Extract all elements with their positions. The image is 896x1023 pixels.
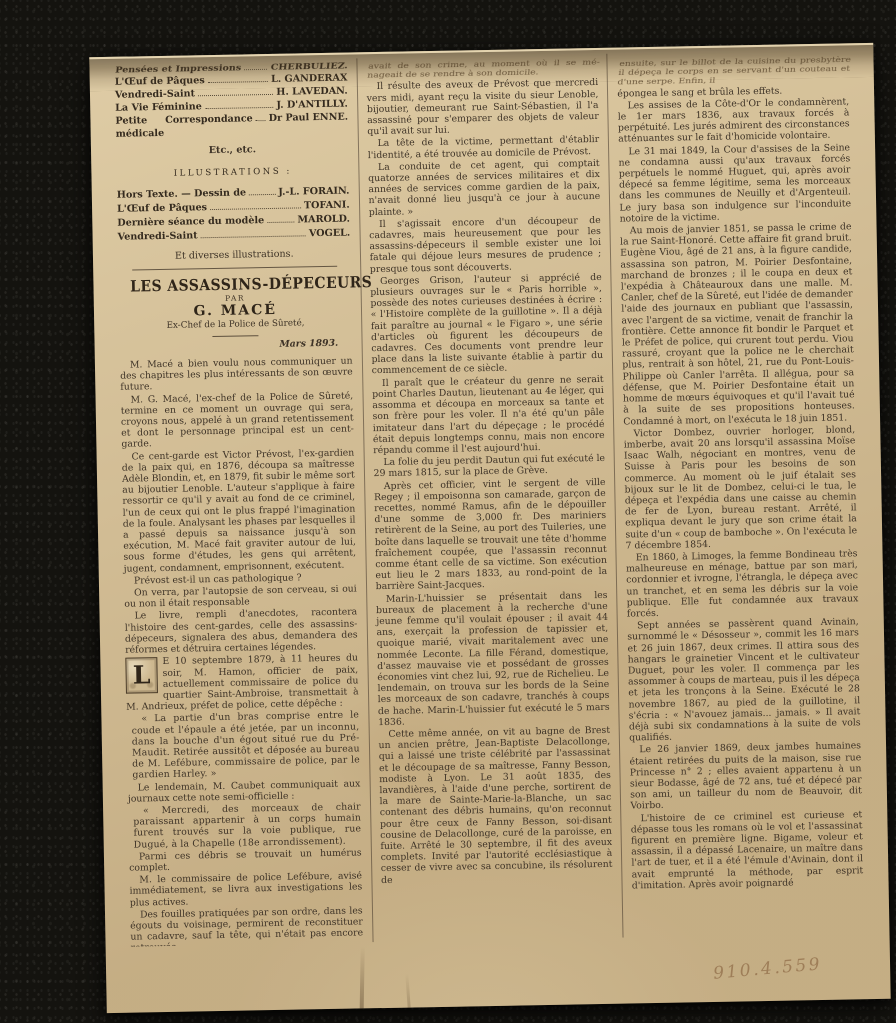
illustration-label: Hors Texte. — Dessin de [117, 186, 246, 201]
dot-leader [267, 222, 294, 224]
contributor-name: H. LAVEDAN. [276, 85, 347, 99]
paragraph: M. G. Macé, l'ex-chef de la Police de Sû… [120, 390, 354, 450]
article-date: Mars 1893. [120, 337, 353, 352]
illustration-name: MAROLD. [297, 213, 350, 227]
paragraph: Après cet officier, vint le sergent de v… [374, 476, 608, 592]
opening-text: E 10 septembre 1879, à 11 heures du soir… [126, 653, 359, 713]
title-rule [213, 335, 259, 337]
newspaper-page: Pensées et Impressions CHERBULIEZ. L'Œuf… [89, 43, 890, 1013]
illustration-name: VOGEL. [309, 227, 350, 241]
paragraph: Il résulte des aveux de Prévost que merc… [366, 77, 599, 137]
article-title-block: LES ASSASSINS-DÉPECEURS PAR G. MACÉ Ex-C… [118, 277, 352, 353]
paragraph: La conduite de cet agent, qui comptait q… [368, 158, 601, 218]
paragraph: Le livre, rempli d'anecdotes, racontera … [124, 607, 357, 656]
paragraph: « La partie d'un bras comprise entre le … [126, 710, 360, 781]
paragraph: M. Macé a bien voulu nous communiquer un… [120, 356, 353, 394]
dot-leader [201, 235, 306, 238]
dot-leader [256, 120, 266, 121]
paragraph: Le 31 mai 1849, la Cour d'assises de la … [618, 142, 851, 225]
paragraph: La folie du jeu perdit Dautun qui fut ex… [373, 453, 605, 480]
drop-cap: L [125, 657, 158, 694]
contributor-name: Dr Paul ENNE. [269, 111, 349, 125]
paragraph: Les assises de la Côte-d'Or le condamnèr… [617, 96, 849, 145]
paragraph: Le lendemain, M. Caubet communiquait aux… [128, 778, 361, 805]
dot-leader [244, 69, 268, 70]
illustration-label: L'Œuf de Pâques [117, 201, 207, 216]
contributor-row: Petite Correspondance médicale Dr Paul E… [115, 111, 348, 141]
paragraph: On verra, par l'autopsie de son cerveau,… [124, 584, 357, 611]
dot-leader [198, 94, 273, 96]
etc-line: Etc., etc. [116, 142, 349, 159]
illustrations-list: Hors Texte. — Dessin de J.-L. FORAIN. L'… [117, 185, 351, 244]
author-subtitle: Ex-Chef de la Police de Sûreté, [119, 317, 352, 332]
paragraph: Il s'agissait encore d'un découpeur de c… [369, 215, 602, 275]
paragraph: En 1860, à Limoges, la femme Bondineau t… [626, 548, 859, 619]
column-middle: avait de son crime, au moment où il se m… [356, 54, 623, 942]
paragraph: La tête de la victime, permettant d'étab… [367, 134, 599, 161]
paragraph: Il paraît que le créateur du genre ne se… [372, 374, 605, 457]
paper-crease [360, 946, 365, 1008]
paragraph: « Mercredi, des morceaux de chair parais… [128, 801, 361, 850]
paragraph: Des fouilles pratiquées par son ordre, d… [130, 905, 363, 947]
paragraph: Ce cent-garde est Victor Prévost, l'ex-g… [122, 447, 357, 574]
illustration-name: J.-L. FORAIN. [278, 185, 349, 199]
illustration-name: TOFANI. [304, 199, 350, 213]
paragraph: Georges Grison, l'auteur si apprécié de … [370, 272, 603, 377]
curl-text-fragment: ensuite, sur le billot de la cuisine du … [617, 55, 851, 87]
contributor-name: J. D'ANTILLY. [276, 98, 348, 112]
handwritten-catalog-number: 910.4.559 [712, 954, 822, 984]
article-columns: Pensées et Impressions CHERBULIEZ. L'Œuf… [89, 43, 889, 947]
dot-leader [205, 107, 274, 109]
dot-leader [208, 81, 268, 83]
illustrations-footer: Et diverses illustrations. [118, 247, 351, 264]
paragraph: Au mois de janvier 1851, se passa le cri… [620, 221, 855, 427]
column-left: Pensées et Impressions CHERBULIEZ. L'Œuf… [105, 58, 372, 946]
paragraph: Marin-L'huissier se présentait dans les … [376, 589, 610, 728]
paragraph: M. le commissaire de police Lefébure, av… [129, 871, 362, 909]
paragraph: Sept années se passèrent quand Avinain, … [627, 616, 861, 743]
paragraph: Victor Dombez, ouvrier horloger, blond, … [623, 424, 857, 551]
dot-leader [249, 194, 275, 195]
illustration-label: Vendredi-Saint [117, 229, 197, 243]
illustrations-heading: ILLUSTRATIONS : [116, 165, 349, 182]
illustration-label: Dernière séance du modèle [117, 214, 264, 230]
section-divider-rule [132, 266, 337, 271]
paragraph: Cette même année, on vit au bagne de Bre… [378, 725, 612, 886]
paragraph: Parmi ces débris se trouvait un humérus … [129, 847, 362, 874]
contributor-label: Petite Correspondance médicale [115, 112, 253, 141]
opening-paragraph: LE 10 septembre 1879, à 11 heures du soi… [125, 653, 359, 713]
masthead: Pensées et Impressions CHERBULIEZ. L'Œuf… [114, 59, 350, 264]
photo-background: { "page": { "background_color": "#14130f… [0, 0, 896, 1023]
paragraph: L'histoire de ce criminel est curieuse e… [631, 809, 864, 892]
contributor-name: CHERBULIEZ. [270, 61, 348, 73]
column-right: ensuite, sur le billot de la cuisine du … [607, 49, 874, 937]
paragraph: Le 26 janvier 1869, deux jambes humaines… [629, 741, 862, 812]
article-title: LES ASSASSINS-DÉPECEURS [130, 277, 340, 292]
dot-leader [210, 207, 301, 210]
paper-crease [405, 974, 410, 1008]
